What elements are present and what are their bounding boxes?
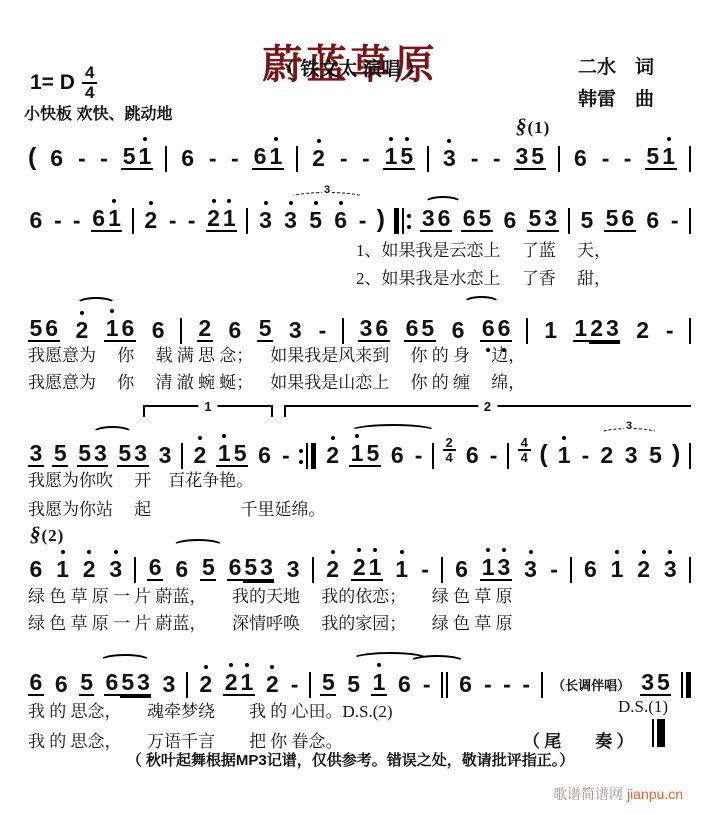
segno-number: (2) [42,526,65,545]
note-group: 3 [623,444,639,467]
volta-bracket-2: 2 [284,405,691,417]
note: 3 [358,317,374,340]
duration-dash: - [483,673,493,696]
note-group: 3 [161,673,177,696]
barline [186,672,188,698]
note: 3 [523,558,539,581]
duration-dash: - [420,558,430,581]
composer-credit: 韩雷 曲 [578,89,654,110]
note-group: 6 [257,444,273,467]
note: 6 [396,673,412,696]
octave-dot-above [389,137,393,141]
note: 1 [371,671,387,694]
note: 6 [147,556,163,579]
note: 6 [436,207,452,230]
bar [402,208,404,234]
octave-dot-above [331,550,335,554]
duration-dash: - [168,209,178,232]
repeat-start-barline [394,208,411,232]
note-group: 6 [28,671,44,696]
lyric-line-6: 我愿为你站 起 千里延绵。 [28,495,326,520]
barline [526,318,528,344]
note-group: 66 [480,317,512,342]
tie-arc [409,655,465,669]
sheet-music-page: 蔚蓝草原 （ 铁文太 演唱 ） 二水 词韩雷 曲 1= D 4 4 小快板 欢快… [0,0,701,814]
music-line-1: (6--516--612--153--356--51 [28,140,691,170]
double-barline [441,672,448,696]
duration-dash: - [361,147,371,170]
note: 2 [325,558,341,581]
note: 6 [252,145,268,168]
octave-dot-above [212,199,216,203]
duration-dash: - [230,147,240,170]
unit: 4 [446,451,453,465]
volta-number: 2 [478,399,497,414]
segno-mark: §(1) [516,114,550,139]
octave-dot-above [87,550,91,554]
thick-bar [686,672,691,698]
note: 2 [311,147,327,170]
barline [165,146,167,172]
barline [309,672,311,698]
note-group: 5 [308,209,324,232]
thick-bar [311,443,316,469]
note: 3 [496,556,512,579]
note: 2 [264,673,280,696]
note: 1 [239,671,255,694]
note: 1 [216,442,232,465]
note: 5 [120,671,136,694]
slur-arc [92,426,133,440]
note-group: 6 [464,444,480,467]
note: 5 [121,145,137,168]
tuplet-number: 3 [624,420,634,432]
note: 3 [285,558,301,581]
note: 6 [227,556,243,579]
octave-dot-above [227,199,231,203]
beats: 4 [518,436,531,452]
close-paren: ) [377,207,385,232]
note: 5 [365,442,381,465]
octave-dot-above [642,550,646,554]
note: 6 [480,317,496,340]
note-group: 2 [599,444,615,467]
tuplet-bracket: 3 [597,428,661,441]
note-group: 3 [285,558,301,581]
note-group: 6 [454,558,470,581]
note: 1 [107,207,123,230]
octave-dot-above [245,663,249,667]
time-signature-unit: 4 [85,84,94,102]
note: 3 [28,442,44,465]
note-group: 53 [77,442,109,467]
music-line-2: 6--612--213356-)36656535566- [28,202,691,232]
note-group: 2 [311,147,327,170]
music-line-4: 35535332156-2156-246-44(1-235) [28,437,691,467]
note-group: 6 [147,556,163,581]
note-group: 53 [117,442,149,467]
note: 2 [192,444,208,467]
barline [568,208,570,234]
note: 3 [161,673,177,696]
note: 6 [450,319,466,342]
note-group: 6 [583,558,599,581]
note-group: 1 [371,671,387,696]
lyric-line-4: 我愿意为 你 清 澈 蜿 蜒； 如果我是山恋上 你 的 缠 绵， [28,368,525,393]
octave-dot-above [529,550,533,554]
duration-dash: - [492,147,502,170]
music-line-5: 612366565332211-6133-6123 [28,551,691,581]
barline [312,557,314,583]
note: 3 [283,209,299,232]
lyric-line-8: 绿 色 草 原 一 片 蔚蓝， 深情呼唤 我的家园； 绿 色 草 原 [28,609,513,634]
bar [446,672,448,698]
lyric-line-1: 1、如果我是云恋上 了蓝 天， [356,236,611,261]
note: 6 [150,319,166,342]
beats: 2 [443,436,456,452]
inline-time-signature: 24 [443,436,456,465]
note-group: 5 [579,209,595,232]
note: 6 [91,207,107,230]
note: 3 [258,209,274,232]
dot [407,225,411,229]
note-group: 5 [79,671,95,696]
note-group: 5 [648,444,664,467]
octave-dot-above [274,137,278,141]
volta-bracket-1: 1 [143,405,273,417]
note-group: 61 [252,145,284,170]
note-group: 1 [556,444,572,467]
barline [134,557,136,583]
key-signature: 1= D 4 4 [30,64,97,102]
duration-dash: - [281,444,291,467]
note-group: 65 [404,317,436,342]
repeat-end-barline [299,443,316,467]
lyric-line-9: 我 的 思念， 魂牵梦绕 我 的 心田。D.S.(2) [28,697,393,722]
inline-time-signature: 44 [518,436,531,465]
barline [541,672,543,698]
note: 2 [143,209,159,232]
note: 6 [53,673,69,696]
note: 6 [645,209,661,232]
volta-number: 1 [198,399,217,414]
note: 5 [79,671,95,694]
note: 1 [383,145,399,168]
note: 6 [502,209,518,232]
octave-dot-above [222,434,226,438]
octave-dot-above [615,550,619,554]
note: 1 [268,145,284,168]
note-group: 6 [645,209,661,232]
note: 5 [477,207,493,230]
note-group: 15 [383,145,415,170]
note-group: 653 [227,556,274,581]
note-group: 6 [53,673,69,696]
note: 6 [104,671,120,694]
note: 2 [223,671,239,694]
note: 3 [136,671,152,694]
note: 3 [133,442,149,465]
duration-dash: - [502,673,512,696]
note-group: 3 [523,558,539,581]
octave-dot-above [331,436,335,440]
barline [689,318,691,344]
thick-bar [394,208,399,234]
slur-arc [99,654,151,668]
note-group: 6 [333,209,349,232]
note: 5 [232,442,248,465]
note-group: 35 [640,671,672,696]
segno-icon: § [516,114,528,138]
note: 3 [287,319,303,342]
note: 2 [635,319,651,342]
note: 2 [74,319,90,342]
note-group: 15 [349,442,381,467]
octave-dot-above [400,550,404,554]
duration-dash: - [208,147,218,170]
note-group: 36 [420,207,452,232]
octave-dot-above [447,139,451,143]
lyric-line-10: D.S.(1) [618,697,668,717]
note: 5 [420,317,436,340]
octave-dot-above [110,309,114,313]
slur-arc [172,539,224,553]
dot [299,449,303,453]
note-group: 5 [257,317,273,342]
note-group: 13 [480,556,512,581]
octave-dot-above [562,436,566,440]
note: 6 [44,317,60,340]
note: 6 [389,444,405,467]
volta-right-tick [271,407,273,417]
octave-dot-above [198,436,202,440]
note: 5 [399,145,415,168]
note: 6 [28,671,44,694]
duration-dash: - [549,558,559,581]
note: 6 [464,444,480,467]
note-group: 2 [325,558,341,581]
note: 6 [257,444,273,467]
octave-dot-above [270,665,274,669]
duration-dash: - [581,444,591,467]
bar [441,672,443,698]
octave-dot-above [112,199,116,203]
duration-dash: - [601,147,611,170]
note: 2 [599,444,615,467]
duration-dash: - [339,147,349,170]
unit: 4 [521,451,528,465]
note: 5 [604,207,620,230]
duration-dash: - [521,673,531,696]
note: 1 [349,442,365,465]
note: 1 [573,317,589,340]
credits-block: 二水 词韩雷 曲 [578,52,654,116]
note-group: 6 [28,558,44,581]
note: 5 [52,442,68,465]
note-group: 3 [108,558,124,581]
dot [299,460,303,464]
note-group: 3 [157,444,173,467]
duration-dash: - [72,209,82,232]
note-group: 1 [543,319,559,342]
octave-dot-above [373,548,377,552]
note: 5 [243,556,259,579]
note: 6 [120,317,136,340]
lyric-line-7: 绿 色 草 原 一 片 蔚蓝， 我的天地 我的依恋； 绿 色 草 原 [28,582,513,607]
tuplet-number: 3 [322,184,332,196]
inline-annotation: （长调伴唱） [552,679,630,692]
note-group: 36 [358,317,390,342]
note: 6 [583,558,599,581]
note: 6 [620,207,636,230]
note-group: 61 [91,207,123,232]
open-paren: ( [28,145,36,170]
lyric-line-2: 2、如果我是水恋上 了香 甜， [356,264,611,289]
note: 6 [454,558,470,581]
note: 2 [206,207,222,230]
note: 6 [374,317,390,340]
note: 6 [49,147,65,170]
note: 2 [197,317,213,340]
barline [689,208,691,234]
note-group: 6 [28,209,44,232]
note-group: 5 [346,673,362,696]
octave-dot-above [204,665,208,669]
note-group: 1 [394,558,410,581]
note: 2 [81,558,97,581]
note: 6 [227,319,243,342]
duration-dash: - [470,147,480,170]
note-group: 6 [572,147,588,170]
note: 3 [640,671,656,694]
note-group: 1 [609,558,625,581]
note: 3 [623,444,639,467]
volta-left-tick [143,407,145,417]
barline [441,557,443,583]
note: 6 [496,317,512,340]
note-group: 6 [174,558,190,581]
note: 5 [257,317,273,340]
note: 5 [527,207,543,230]
octave-dot-above [229,663,233,667]
note: 3 [108,558,124,581]
slur-arc [424,196,462,210]
lyric-line-3: 我愿意为 你 载 满 思 念； 如果我是风来到 你 的 身 边， [28,341,525,366]
tempo-text: 小快板 欢快、跳动地 [24,101,172,124]
octave-dot-above [357,548,361,552]
thick-bar [657,719,665,747]
barline [507,443,509,469]
octave-dot-above [80,311,84,315]
note: 5 [648,444,664,467]
note: 3 [442,147,458,170]
octave-dot-above [143,137,147,141]
barline [246,208,248,234]
note-group: 6 [450,319,466,342]
note: 1 [137,145,153,168]
note-group: 3 [287,319,303,342]
bar [681,672,683,698]
final-barline [681,672,691,696]
site-url-link[interactable]: jianpu.cn [627,786,683,802]
barline [296,146,298,172]
note: 5 [200,556,216,579]
note-group: 6 [502,209,518,232]
note-group: 56 [28,317,60,342]
slur-arc [76,297,116,311]
note-group: 6 [227,319,243,342]
note: 6 [461,207,477,230]
duration-dash: - [358,209,368,232]
note-group: 5 [52,442,68,467]
octave-dot-above [502,548,506,552]
note: 3 [543,207,559,230]
note-group: 16 [104,317,136,342]
note: 3 [514,145,530,168]
duration-dash: - [290,673,300,696]
note: 6 [333,209,349,232]
note-group: 3 [258,209,274,232]
note-group: 1 [55,558,71,581]
barline [432,443,434,469]
note-group: 2 [198,673,214,696]
duration-dash: - [77,147,87,170]
duration-dash: - [318,319,328,342]
note: 5 [645,145,661,168]
segno-icon: § [30,522,42,546]
note: 2 [589,317,605,340]
octave-dot-above [149,201,153,205]
transcriber-note: （ 秋叶起舞根据MP3记谱，仅供参考。错误之处，敬请批评指正。） [0,749,701,770]
repeat-dots [299,449,303,464]
note-group: 5 [200,556,216,581]
repeat-dots [407,214,411,229]
octave-dot-above [667,137,671,141]
note-group: 53 [527,207,559,232]
site-name: 歌谱简谱网 [553,786,627,802]
note: 3 [157,444,173,467]
note-group: 3 [283,209,299,232]
note: 1 [543,319,559,342]
note-group: 21 [206,207,238,232]
music-line-3: 5621662653-366566611232- [28,312,691,342]
duration-dash: - [187,209,197,232]
note-group: 2 [143,209,159,232]
note-group: 3 [662,558,678,581]
note: 2 [636,558,652,581]
note: 1 [556,444,572,467]
note-group: 65 [461,207,493,232]
duration-dash: - [53,209,63,232]
note-group: 56 [604,207,636,232]
thin-bar [652,719,654,747]
lyric-line-5: 我愿为你吹 开 百花争艳。 [28,466,253,491]
note-group: 5 [320,671,336,696]
octave-dot-above [405,137,409,141]
barline [689,146,691,172]
note: 6 [180,147,196,170]
time-signature-beats: 4 [82,64,97,84]
note-group: 21 [223,671,255,696]
bar [306,443,308,469]
note-group: 15 [216,442,248,467]
note-group: 2 [74,319,90,342]
site-watermark: 歌谱简谱网 jianpu.cn [0,784,701,804]
note: 1 [394,558,410,581]
note: 1 [104,317,120,340]
note-group: 51 [645,145,677,170]
note-group: 2 [635,319,651,342]
